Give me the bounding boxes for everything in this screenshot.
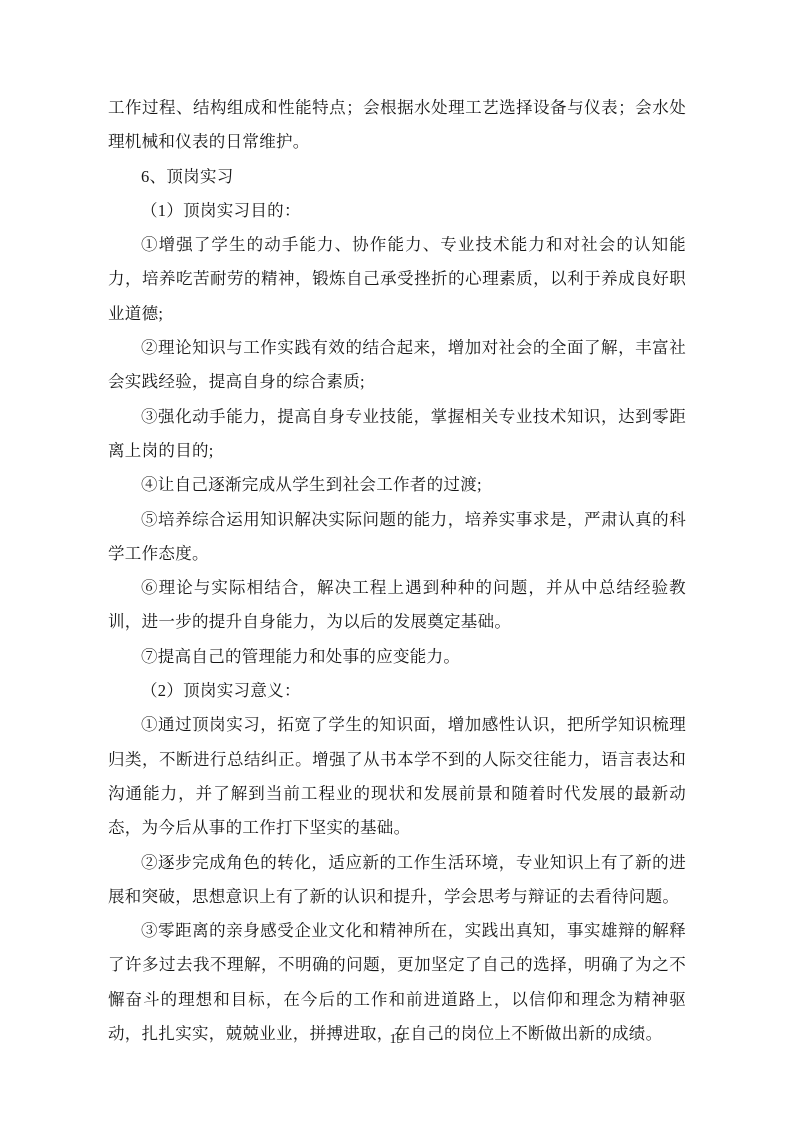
page-number: 15 xyxy=(0,1030,793,1050)
paragraph-continuation: 工作过程、结构组成和性能特点；会根据水处理工艺选择设备与仪表；会水处理机械和仪表… xyxy=(108,91,686,160)
heading-shixi-mudi: （1）顶岗实习目的： xyxy=(108,194,686,228)
paragraph-meaning-2: ②逐步完成角色的转化，适应新的工作生活环境，专业知识上有了新的进展和突破，思想意… xyxy=(108,846,686,915)
paragraph-meaning-1: ①通过顶岗实习，拓宽了学生的知识面，增加感性认识，把所学知识梳理归类，不断进行总… xyxy=(108,708,686,845)
paragraph-purpose-7: ⑦提高自己的管理能力和处事的应变能力。 xyxy=(108,640,686,674)
heading-ding-gang-shi-xi: 6、顶岗实习 xyxy=(108,160,686,194)
paragraph-purpose-4: ④让自己逐渐完成从学生到社会工作者的过渡; xyxy=(108,468,686,502)
paragraph-purpose-6: ⑥理论与实际相结合，解决工程上遇到种种的问题，并从中总结经验教训，进一步的提升自… xyxy=(108,571,686,640)
document-body: 工作过程、结构组成和性能特点；会根据水处理工艺选择设备与仪表；会水处理机械和仪表… xyxy=(108,91,686,1051)
paragraph-purpose-5: ⑤培养综合运用知识解决实际问题的能力，培养实事求是，严肃认真的科学工作态度。 xyxy=(108,503,686,572)
document-page: 工作过程、结构组成和性能特点；会根据水处理工艺选择设备与仪表；会水处理机械和仪表… xyxy=(0,0,793,1122)
paragraph-purpose-3: ③强化动手能力，提高自身专业技能，掌握相关专业技术知识，达到零距离上岗的目的; xyxy=(108,400,686,469)
paragraph-purpose-1: ①增强了学生的动手能力、协作能力、专业技术能力和对社会的认知能力，培养吃苦耐劳的… xyxy=(108,228,686,331)
paragraph-purpose-2: ②理论知识与工作实践有效的结合起来，增加对社会的全面了解，丰富社会实践经验，提高… xyxy=(108,331,686,400)
heading-shixi-yiyi: （2）顶岗实习意义： xyxy=(108,674,686,708)
